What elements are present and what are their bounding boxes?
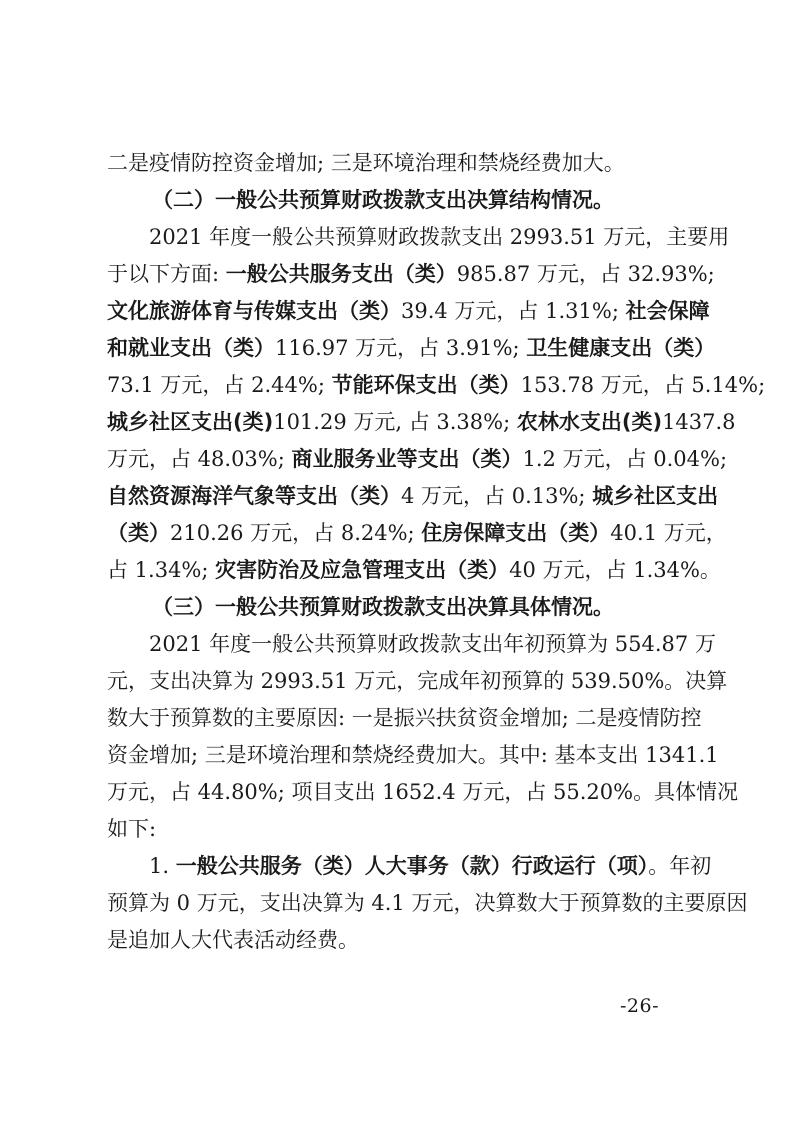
text-run: 占 1.34%; xyxy=(107,558,215,582)
text-run: 73.1 万元，占 2.44%; xyxy=(107,373,332,397)
bold-category: 一般公共服务支出（类） xyxy=(226,262,457,286)
paragraph-line: 城乡社区支出(类)101.29 万元, 占 3.38%; 农林水支出(类)143… xyxy=(107,404,692,441)
paragraph-line: 于以下方面: 一般公共服务支出（类）985.87 万元，占 32.93%; xyxy=(107,256,692,293)
paragraph-line: 是追加人大代表活动经费。 xyxy=(107,922,692,959)
paragraph-line: 预算为 0 万元，支出决算为 4.1 万元，决算数大于预算数的主要原因 xyxy=(107,885,692,922)
text-run: 101.29 万元, 占 3.38%; xyxy=(273,410,517,434)
paragraph-line: 自然资源海洋气象等支出（类）4 万元，占 0.13%; 城乡社区支出 xyxy=(107,478,692,515)
paragraph-line: 元，支出决算为 2993.51 万元，完成年初预算的 539.50%。决算 xyxy=(107,663,692,700)
document-body: 二是疫情防控资金增加; 三是环境治理和禁烧经费加大。 （二）一般公共预算财政拨款… xyxy=(107,145,692,959)
text-run: 153.78 万元，占 5.14%; xyxy=(521,373,766,397)
bold-category: （类） xyxy=(107,521,170,545)
paragraph-line: 二是疫情防控资金增加; 三是环境治理和禁烧经费加大。 xyxy=(107,145,692,182)
text-run: 116.97 万元，占 3.91%; xyxy=(275,336,526,360)
page-number: -26- xyxy=(620,995,659,1017)
text-run: 2021 年度一般公共预算财政拨款支出年初预算为 554.87 万 xyxy=(149,632,716,656)
paragraph-line: 文化旅游体育与传媒支出（类）39.4 万元，占 1.31%; 社会保障 xyxy=(107,293,692,330)
text-run: 预算为 0 万元，支出决算为 4.1 万元，决算数大于预算数的主要原因 xyxy=(107,891,747,915)
bold-category: 农林水支出(类) xyxy=(517,410,662,434)
text-run: 数大于预算数的主要原因: 一是振兴扶贫资金增加; 二是疫情防控 xyxy=(107,706,702,730)
text-run: 。年初 xyxy=(648,854,711,878)
text-run: 210.26 万元，占 8.24%; xyxy=(170,521,421,545)
text-run: 二是疫情防控资金增加; 三是环境治理和禁烧经费加大。 xyxy=(107,151,625,175)
text-run: 元，支出决算为 2993.51 万元，完成年初预算的 539.50%。决算 xyxy=(107,669,727,693)
paragraph-line: 2021 年度一般公共预算财政拨款支出年初预算为 554.87 万 xyxy=(107,626,692,663)
bold-category: 城乡社区支出(类) xyxy=(107,410,273,434)
bold-category: 卫生健康支出（类） xyxy=(526,336,715,360)
bold-category: 文化旅游体育与传媒支出（类） xyxy=(107,299,401,323)
bold-category: 社会保障 xyxy=(626,299,710,323)
paragraph-line: 如下: xyxy=(107,811,692,848)
text-run: 40 万元，占 1.34%。 xyxy=(509,558,721,582)
heading-text: （三）一般公共预算财政拨款支出决算具体情况。 xyxy=(152,595,614,619)
bold-category: 商业服务业等支出（类） xyxy=(292,447,523,471)
paragraph-line: 万元，占 48.03%; 商业服务业等支出（类）1.2 万元，占 0.04%; xyxy=(107,441,692,478)
bold-category: 灾害防治及应急管理支出（类） xyxy=(215,558,509,582)
paragraph-line: 万元，占 44.80%; 项目支出 1652.4 万元，占 55.20%。具体情… xyxy=(107,774,692,811)
text-run: 资金增加; 三是环境治理和禁烧经费加大。其中: 基本支出 1341.1 xyxy=(107,743,719,767)
section-heading-2: （二）一般公共预算财政拨款支出决算结构情况。 xyxy=(107,182,692,219)
text-run: 万元，占 44.80%; 项目支出 1652.4 万元，占 55.20%。具体情… xyxy=(107,780,738,804)
section-heading-3: （三）一般公共预算财政拨款支出决算具体情况。 xyxy=(107,589,692,626)
text-run: 985.87 万元，占 32.93%; xyxy=(457,262,715,286)
text-run: 39.4 万元，占 1.31%; xyxy=(401,299,626,323)
text-run: 40.1 万元， xyxy=(610,521,726,545)
paragraph-line: 占 1.34%; 灾害防治及应急管理支出（类）40 万元，占 1.34%。 xyxy=(107,552,692,589)
item-number: 1. xyxy=(149,854,176,878)
paragraph-line: 2021 年度一般公共预算财政拨款支出 2993.51 万元，主要用 xyxy=(107,219,692,256)
paragraph-line: 73.1 万元，占 2.44%; 节能环保支出（类）153.78 万元，占 5.… xyxy=(107,367,692,404)
item-heading-1: 1. 一般公共服务（类）人大事务（款）行政运行（项）。年初 xyxy=(107,848,692,885)
bold-category: 一般公共服务（类）人大事务（款）行政运行（项） xyxy=(176,854,649,878)
text-run: 万元，占 48.03%; xyxy=(107,447,292,471)
bold-category: 城乡社区支出 xyxy=(592,484,718,508)
paragraph-line: （类）210.26 万元，占 8.24%; 住房保障支出（类）40.1 万元， xyxy=(107,515,692,552)
text-run: 于以下方面: xyxy=(107,262,226,286)
heading-text: （二）一般公共预算财政拨款支出决算结构情况。 xyxy=(152,188,614,212)
paragraph-line: 和就业支出（类）116.97 万元，占 3.91%; 卫生健康支出（类） xyxy=(107,330,692,367)
text-run: 1.2 万元，占 0.04%; xyxy=(523,447,728,471)
paragraph-line: 数大于预算数的主要原因: 一是振兴扶贫资金增加; 二是疫情防控 xyxy=(107,700,692,737)
text-run: 是追加人大代表活动经费。 xyxy=(107,928,359,952)
text-run: 如下: xyxy=(107,817,156,841)
bold-category: 和就业支出（类） xyxy=(107,336,275,360)
text-run: 1437.8 xyxy=(662,410,735,434)
paragraph-line: 资金增加; 三是环境治理和禁烧经费加大。其中: 基本支出 1341.1 xyxy=(107,737,692,774)
bold-category: 节能环保支出（类） xyxy=(332,373,521,397)
bold-category: 自然资源海洋气象等支出（类） xyxy=(107,484,401,508)
text-run: 4 万元，占 0.13%; xyxy=(401,484,592,508)
text-run: 2021 年度一般公共预算财政拨款支出 2993.51 万元，主要用 xyxy=(149,225,729,249)
bold-category: 住房保障支出（类） xyxy=(421,521,610,545)
